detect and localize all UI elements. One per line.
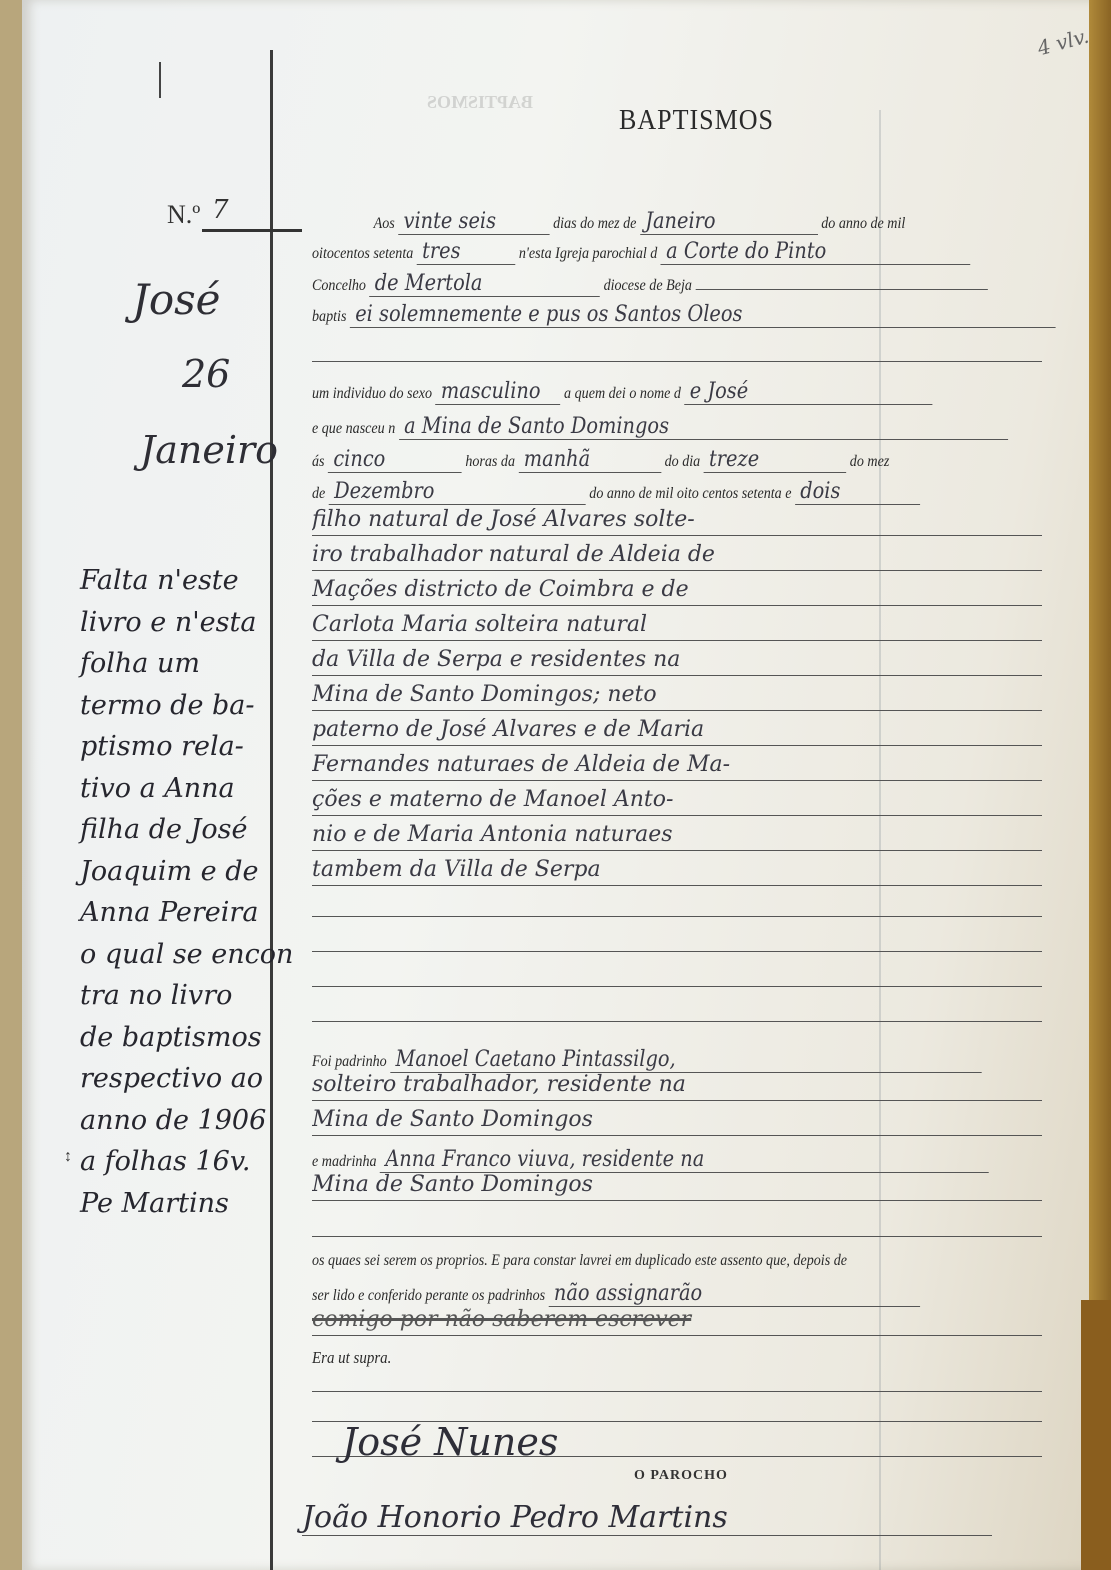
label: um individuo do sexo (312, 385, 432, 402)
closing-text-1: os quaes sei serem os proprios. E para c… (312, 1252, 847, 1270)
day-field: vinte seis (398, 210, 549, 235)
annotation-line: termo de ba- (80, 685, 280, 727)
label: do dia (665, 453, 701, 470)
margin-name: José (132, 275, 221, 324)
page-title: BAPTISMOS (619, 104, 774, 137)
body-line: tambem da Villa de Serpa (312, 855, 1042, 886)
register-page: BAPTISMOS 4 vlv. BAPTISMOS N.º 7 José 26… (22, 0, 1097, 1570)
form-line-date: Aos vinte seis dias do mez de Janeiro do… (312, 210, 905, 235)
label: de (312, 485, 325, 502)
label: diocese de Beja (604, 277, 692, 294)
label: dias do mez de (553, 215, 636, 232)
godmother-line: Mina de Santo Domingos (312, 1170, 1042, 1201)
struck-out-line: comigo por não saberem escrever (312, 1305, 1042, 1336)
label: oitocentos setenta (312, 245, 413, 262)
ruled-line (312, 1390, 1042, 1392)
entry-number: 7 (202, 195, 302, 232)
ruled-line (312, 985, 1042, 987)
ruled-line (312, 1020, 1042, 1022)
annotation-line: Pe Martins (80, 1183, 280, 1225)
diocese-field (695, 289, 987, 290)
label: a quem dei o nome d (564, 385, 681, 402)
body-line: Fernandes naturaes de Aldeia de Ma- (312, 750, 1042, 781)
annotation-line: o qual se encon (80, 934, 280, 976)
annotation-line: Anna Pereira (80, 892, 280, 934)
margin-month: Janeiro (140, 428, 278, 472)
parocho-label: O PAROCHO (634, 1468, 728, 1484)
annotation-line: ptismo rela- (80, 726, 280, 768)
child-name-field: e José (684, 380, 932, 405)
annotation-line: filha de José (80, 809, 280, 851)
annotation-line: de baptismos (80, 1017, 280, 1059)
year-field: tres (417, 240, 516, 265)
label: do mez (850, 453, 890, 470)
form-line-council: Concelho de Mertola diocese de Beja (312, 272, 988, 297)
birthplace-field: a Mina de Santo Domingos (399, 415, 1008, 440)
ruled-line (312, 1235, 1042, 1237)
label: baptis (312, 308, 346, 325)
label: e madrinha (312, 1153, 377, 1170)
form-line-birthplace: e que nasceu n a Mina de Santo Domingos (312, 415, 1008, 440)
month-field: Janeiro (640, 210, 818, 235)
body-line: ções e materno de Manoel Anto- (312, 785, 1042, 816)
form-line-year-parish: oitocentos setenta tres n'esta Igreja pa… (312, 240, 971, 265)
parish-field: a Corte do Pinto (661, 240, 971, 265)
entry-number-label: N.º (167, 200, 200, 230)
sex-field: masculino (436, 380, 561, 405)
margin-day: 26 (182, 352, 230, 396)
bleed-through-title: BAPTISMOS (427, 92, 533, 113)
priest-signature: José Nunes (342, 1420, 558, 1464)
form-line-baptised: baptis ei solemnemente e pus os Santos O… (312, 303, 1056, 328)
label: Foi padrinho (312, 1053, 387, 1070)
annotation-line: a folhas 16v. (80, 1141, 280, 1183)
form-line-sex-name: um individuo do sexo masculino a quem de… (312, 380, 933, 405)
annotation-line: Falta n'este (80, 560, 280, 602)
body-line: Carlota Maria solteira natural (312, 610, 1042, 641)
padrinhos-signed-field: não assignarão (549, 1282, 920, 1307)
label: horas da (465, 453, 515, 470)
label: e que nasceu n (312, 420, 395, 437)
era-ut-supra: Era ut supra. (312, 1348, 391, 1368)
godfather-line: Mina de Santo Domingos (312, 1105, 1042, 1136)
body-line: filho natural de José Alvares solte- (312, 505, 1042, 536)
annotation-line: tra no livro (80, 975, 280, 1017)
birth-day-field: treze (704, 448, 847, 473)
label: ser lido e conferido perante os padrinho… (312, 1287, 545, 1304)
birth-period-field: manhã (519, 448, 662, 473)
body-line: Mações districto de Coimbra e de (312, 575, 1042, 606)
label: n'esta Igreja parochial d (519, 245, 657, 262)
form-line-closing-2: ser lido e conferido perante os padrinho… (312, 1282, 920, 1307)
annotation-line: tivo a Anna (80, 768, 280, 810)
label: do anno de mil oito centos setenta e (589, 485, 791, 502)
label: do anno de mil (821, 215, 905, 232)
page-marker (159, 62, 161, 98)
body-line: iro trabalhador natural de Aldeia de (312, 540, 1042, 571)
body-line: nio e de Maria Antonia naturaes (312, 820, 1042, 851)
annotation-line: folha um (80, 643, 280, 685)
ruled-line (312, 360, 1042, 362)
second-signature: João Honorio Pedro Martins (302, 1500, 992, 1536)
annotation-line: respectivo ao (80, 1058, 280, 1100)
body-line: paterno de José Alvares e de Maria (312, 715, 1042, 746)
margin-annotation: Falta n'este livro e n'esta folha um ter… (80, 560, 280, 1224)
godfather-line: solteiro trabalhador, residente na (312, 1070, 1042, 1101)
label: Concelho (312, 277, 366, 294)
annotation-line: Joaquim e de (80, 851, 280, 893)
annotation-line: livro e n'esta (80, 602, 280, 644)
birth-year-field: dois (795, 480, 920, 505)
form-line-birth-month-year: de Dezembro do anno de mil oito centos s… (312, 480, 920, 505)
body-line: Mina de Santo Domingos; neto (312, 680, 1042, 711)
body-line: da Villa de Serpa e residentes na (312, 645, 1042, 676)
corner-folio-note: 4 vlv. (1035, 24, 1092, 61)
margin-arrow-mark: ↕ (64, 1148, 72, 1166)
baptism-manner-field: ei solemnemente e pus os Santos Oleos (350, 303, 1056, 328)
book-edge-bottom (1081, 1300, 1111, 1570)
council-field: de Mertola (369, 272, 600, 297)
birth-hour-field: cinco (328, 448, 462, 473)
ruled-line (312, 915, 1042, 917)
birth-month-field: Dezembro (329, 480, 586, 505)
label: ás (312, 453, 325, 470)
form-line-birth-time: ás cinco horas da manhã do dia treze do … (312, 448, 889, 473)
label: Aos (374, 215, 395, 232)
annotation-line: anno de 1906 (80, 1100, 280, 1142)
ruled-line (312, 950, 1042, 952)
